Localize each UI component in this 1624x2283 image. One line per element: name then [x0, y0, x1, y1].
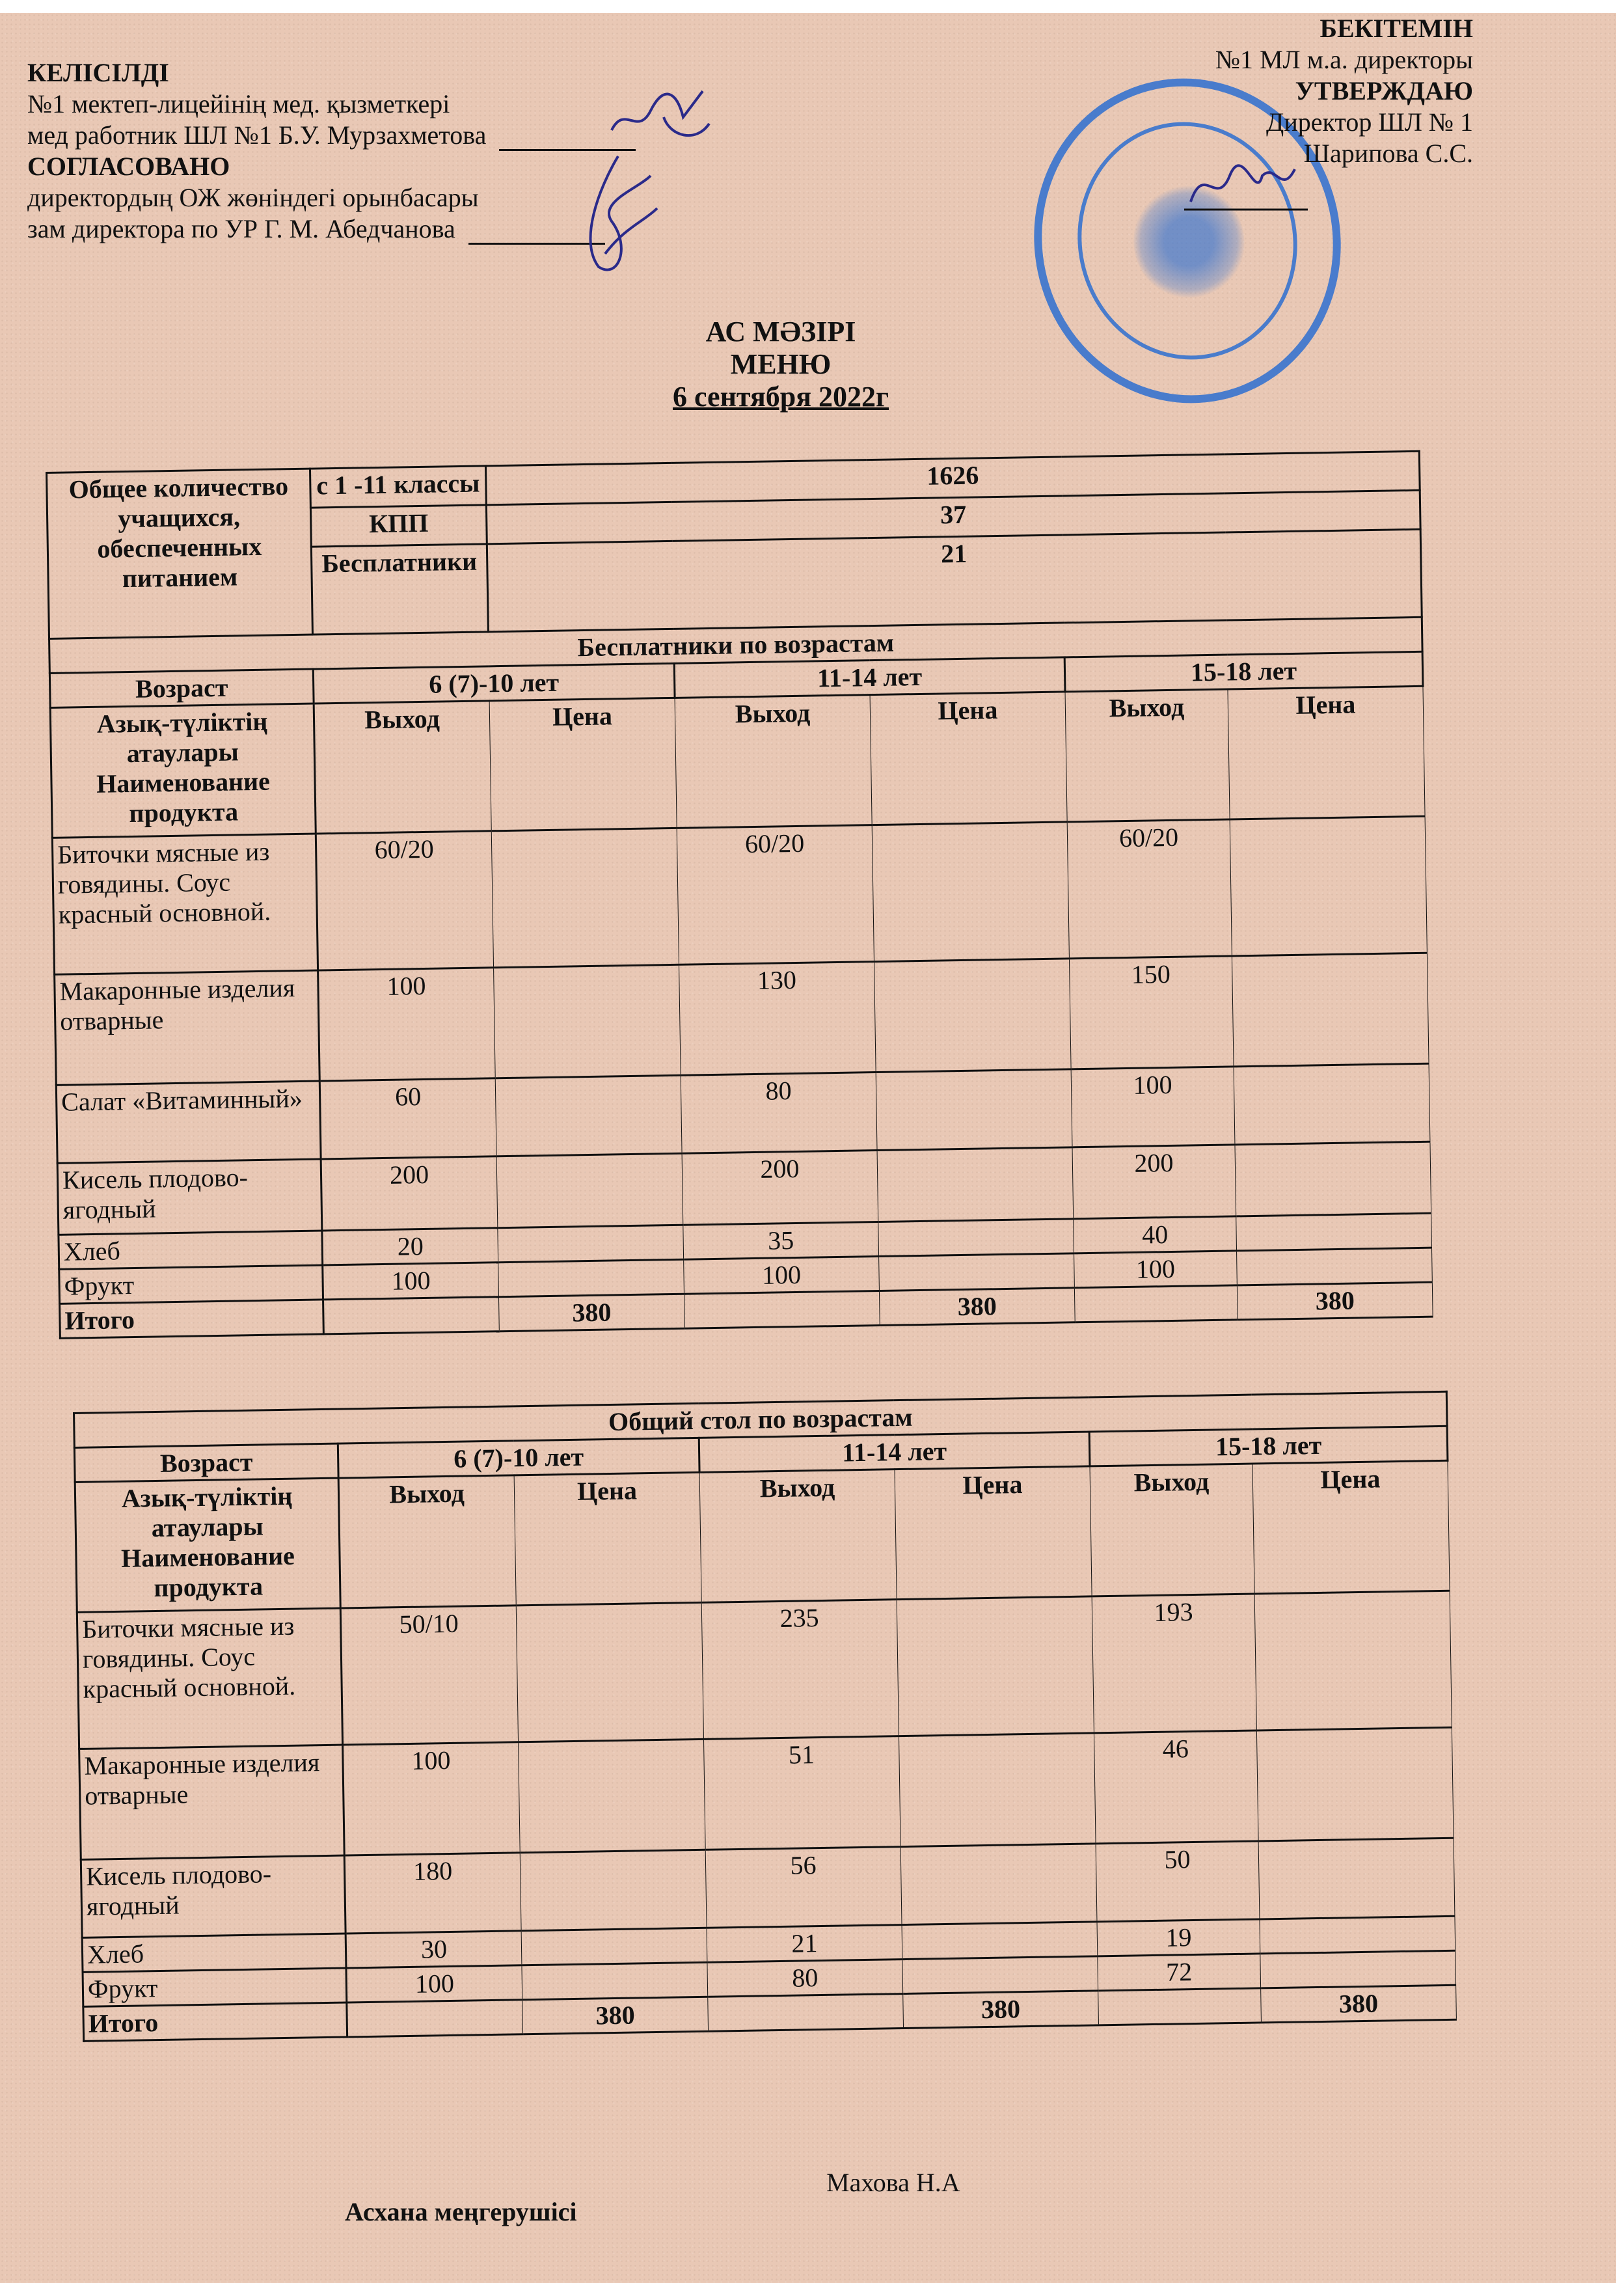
total-output-cell [1074, 1285, 1238, 1322]
price-header: Цена [870, 692, 1067, 825]
price-cell [498, 1259, 684, 1296]
price-cell [900, 1844, 1097, 1925]
director-ru: Директор ШЛ № 1 [1215, 107, 1473, 138]
column-header-row: Азық-түліктің атаулары Наименование прод… [75, 1460, 1450, 1612]
total-output-cell [323, 1297, 500, 1334]
output-cell: 193 [1092, 1594, 1256, 1733]
output-cell: 46 [1094, 1730, 1258, 1844]
canteen-head-name: Махова Н.А [826, 2167, 960, 2198]
title-ru: МЕНЮ [618, 348, 943, 381]
price-cell [879, 1253, 1075, 1291]
signature-icon [560, 150, 670, 280]
price-cell [878, 1219, 1074, 1257]
product-name: Кисель плодово-ягодный [57, 1159, 322, 1235]
med-worker-kk: №1 мектеп-лицейінің мед. қызметкері [27, 89, 636, 120]
free-meals-table: Общее количество учащихся, обеспеченных … [46, 450, 1434, 1339]
product-name: Салат «Витаминный» [56, 1081, 321, 1163]
output-cell: 100 [346, 1965, 522, 2003]
approved-title-ru: УТВЕРЖДАЮ [1215, 75, 1473, 107]
total-label: Итого [83, 2003, 347, 2041]
title-kk: АС МӘЗІРІ [618, 316, 943, 348]
total-price-cell: 380 [903, 1991, 1099, 2029]
output-cell: 80 [681, 1073, 877, 1154]
menu-date: 6 сентября 2022г [618, 381, 943, 413]
output-cell: 80 [707, 1960, 903, 1997]
price-cell [874, 959, 1071, 1073]
med-worker-ru: мед работник ШЛ №1 Б.У. Мурзахметова [27, 120, 636, 151]
approval-approved-block: БЕКІТЕМІН №1 МЛ м.а. директоры УТВЕРЖДАЮ… [1215, 13, 1473, 169]
product-name: Фрукт [59, 1265, 323, 1304]
summary-row-label: КПП [310, 505, 487, 547]
agreed-title-kk: КЕЛІСІЛДІ [27, 57, 636, 89]
price-cell [899, 1733, 1096, 1847]
age-label: Возраст [74, 1443, 338, 1482]
product-name: Макаронные изделия отварные [79, 1745, 345, 1859]
product-header: Азық-түліктің атаулары Наименование прод… [75, 1478, 340, 1612]
deputy-ru: зам директора по УР Г. М. Абедчанова [27, 213, 636, 245]
product-name: Фрукт [83, 1968, 347, 2006]
table-row: Биточки мясные из говядины. Соус красный… [77, 1591, 1452, 1749]
summary-label: Общее количество учащихся, обеспеченных … [47, 469, 313, 638]
column-header-row: Азық-түліктің атаулары Наименование прод… [50, 686, 1425, 838]
output-cell: 100 [1071, 1067, 1235, 1147]
total-output-cell [1098, 1988, 1262, 2025]
price-cell [1237, 1248, 1433, 1285]
output-cell: 100 [318, 968, 496, 1081]
price-cell [498, 1225, 684, 1262]
output-cell: 100 [323, 1263, 499, 1300]
table-row: Макаронные изделия отварные100130150 [55, 953, 1429, 1085]
output-header: Выход [314, 701, 491, 834]
price-cell [902, 1922, 1098, 1960]
age-group: 11-14 лет [699, 1432, 1090, 1472]
price-header: Цена [1228, 686, 1425, 819]
price-cell [1234, 1063, 1430, 1145]
total-label: Итого [60, 1300, 324, 1338]
price-cell [520, 1850, 707, 1930]
price-cell [496, 1153, 683, 1227]
price-cell [1236, 1213, 1432, 1251]
output-cell: 100 [684, 1257, 880, 1294]
price-cell [876, 1069, 1072, 1151]
price-cell [516, 1602, 703, 1742]
output-cell: 40 [1074, 1216, 1237, 1253]
document-page: КЕЛІСІЛДІ №1 мектеп-лицейінің мед. қызме… [0, 13, 1616, 2283]
output-cell: 100 [343, 1742, 521, 1855]
price-cell [1254, 1591, 1452, 1730]
output-cell: 20 [322, 1228, 498, 1265]
price-cell [1232, 953, 1429, 1067]
price-header: Цена [514, 1472, 701, 1605]
general-meals-table: Общий стол по возрастамВозраст6 (7)-10 л… [73, 1391, 1457, 2042]
output-cell: 72 [1098, 1954, 1261, 1991]
table-row: Макаронные изделия отварные1005146 [79, 1727, 1454, 1859]
agreed-title-ru: СОГЛАСОВАНО [27, 151, 636, 182]
signature-icon [1184, 156, 1314, 215]
approval-agreed-block: КЕЛІСІЛДІ №1 мектеп-лицейінің мед. қызме… [27, 57, 636, 245]
output-cell: 180 [344, 1853, 521, 1934]
output-cell: 60/20 [316, 831, 493, 970]
approved-title-kk: БЕКІТЕМІН [1215, 13, 1473, 44]
output-header: Выход [675, 695, 872, 828]
output-cell: 35 [683, 1222, 879, 1260]
signature-icon [599, 78, 729, 150]
output-cell: 60 [319, 1078, 496, 1159]
age-group: 11-14 лет [674, 657, 1065, 698]
summary-row-label: с 1 -11 классы [310, 466, 486, 508]
price-cell [494, 964, 681, 1078]
table-row: Биточки мясные из говядины. Соус красный… [52, 816, 1427, 974]
med-worker-name: мед работник ШЛ №1 Б.У. Мурзахметова [27, 120, 486, 150]
output-cell: 150 [1069, 956, 1234, 1069]
price-cell [1260, 1950, 1456, 1988]
output-cell: 51 [704, 1736, 901, 1850]
price-cell [902, 1956, 1098, 1994]
price-cell [521, 1928, 707, 1965]
total-price-cell: 380 [1237, 1282, 1433, 1320]
age-label: Возраст [49, 669, 314, 707]
price-header: Цена [489, 698, 677, 830]
output-cell: 19 [1097, 1919, 1260, 1956]
total-price-cell: 380 [498, 1294, 684, 1331]
product-name: Макаронные изделия отварные [55, 970, 320, 1085]
price-header: Цена [1252, 1460, 1450, 1594]
output-cell: 30 [345, 1931, 522, 1968]
price-cell [877, 1147, 1074, 1222]
age-group: 15-18 лет [1089, 1426, 1448, 1466]
price-header: Цена [895, 1466, 1092, 1600]
product-name: Биточки мясные из говядины. Соус красный… [77, 1608, 342, 1749]
output-header: Выход [1090, 1464, 1254, 1596]
output-cell: 50/10 [340, 1606, 518, 1745]
canteen-head-label: Асхана меңгерушісі [345, 2196, 577, 2227]
product-name: Биточки мясные из говядины. Соус красный… [52, 834, 318, 974]
price-cell [1230, 816, 1427, 956]
product-name: Хлеб [82, 1934, 346, 1972]
total-output-cell [347, 2000, 523, 2037]
director-kk: №1 МЛ м.а. директоры [1215, 44, 1473, 75]
output-cell: 50 [1096, 1841, 1260, 1922]
age-group: 6 (7)-10 лет [338, 1438, 699, 1478]
summary-row-label: Бесплатники [311, 544, 488, 635]
output-cell: 200 [1072, 1145, 1236, 1219]
output-cell: 56 [705, 1847, 902, 1928]
age-group: 6 (7)-10 лет [313, 663, 675, 704]
output-cell: 60/20 [677, 825, 874, 965]
product-name: Кисель плодово-ягодный [81, 1855, 345, 1937]
output-header: Выход [338, 1475, 516, 1608]
output-cell: 60/20 [1067, 819, 1232, 959]
output-cell: 200 [321, 1156, 498, 1231]
deputy-kk: директордың ОЖ жөніндегі орынбасары [27, 182, 636, 213]
output-header: Выход [1065, 689, 1230, 822]
output-cell: 21 [707, 1925, 902, 1963]
summary-value: 21 [487, 529, 1422, 632]
price-cell [491, 828, 679, 967]
output-cell: 130 [679, 962, 876, 1076]
total-output-cell [708, 1994, 904, 2032]
price-cell [1260, 1916, 1455, 1954]
price-cell [872, 822, 1069, 962]
output-header: Выход [699, 1470, 897, 1603]
total-output-cell [684, 1291, 880, 1329]
price-cell [1235, 1141, 1431, 1216]
output-cell: 235 [701, 1600, 899, 1740]
price-cell [522, 1962, 708, 1999]
product-name: Хлеб [59, 1231, 323, 1269]
price-cell [897, 1596, 1094, 1736]
total-price-cell: 380 [879, 1288, 1075, 1326]
price-cell [495, 1075, 682, 1156]
deputy-name: зам директора по УР Г. М. Абедчанова [27, 214, 455, 243]
menu-title: АС МӘЗІРІ МЕНЮ 6 сентября 2022г [618, 316, 943, 413]
output-cell: 100 [1074, 1251, 1238, 1288]
age-group: 15-18 лет [1064, 651, 1423, 692]
total-price-cell: 380 [522, 1997, 709, 2034]
output-cell: 200 [682, 1151, 878, 1225]
price-cell [1258, 1838, 1455, 1919]
product-header: Азық-түліктің атаулары Наименование прод… [50, 704, 316, 838]
total-price-cell: 380 [1261, 1985, 1457, 2023]
price-cell [1256, 1727, 1454, 1841]
price-cell [519, 1739, 706, 1852]
